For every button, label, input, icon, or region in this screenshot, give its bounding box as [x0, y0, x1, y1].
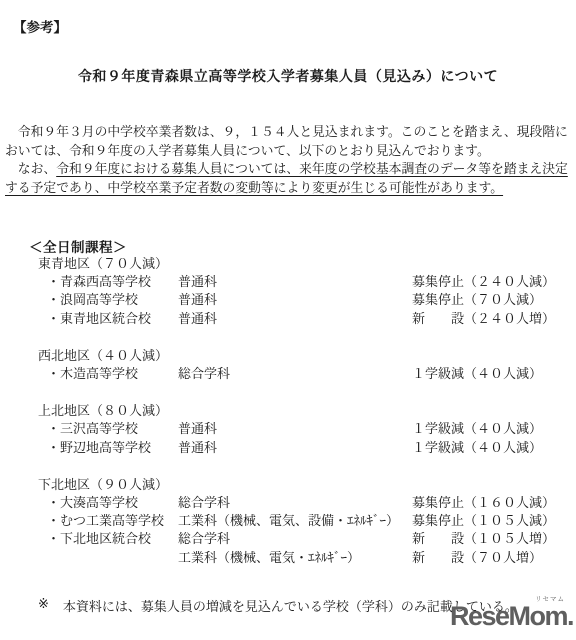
intro-paragraphs: 令和９年３月の中学校卒業者数は、９，１５４人と見込まれます。このことを踏まえ、現… [5, 123, 575, 197]
district-list: 東青地区（７０人減） ・青森西高等学校 普通科 募集停止（２４０人減） ・浪岡高… [0, 255, 576, 586]
department-name: 工業科（機械、電気・ｴﾈﾙｷﾞｰ） [178, 549, 412, 567]
intro-line-4: する予定であり、中学校卒業予定者数の変動等により変更が生じる可能性があります。 [5, 179, 575, 198]
department-name: 普通科 [178, 273, 412, 291]
district-block: 上北地区（８０人減） ・三沢高等学校 普通科 １学級減（４０人減） ・野辺地高等… [0, 402, 576, 457]
reference-tag: 【参考】 [13, 16, 67, 36]
school-name: ・野辺地高等学校 [47, 439, 178, 457]
resemom-logo: リセマムReseMom. [450, 595, 573, 630]
school-row: ・むつ工業高等学校 工業科（機械、電気、設備・ｴﾈﾙｷﾞｰ） 募集停止（１０５人… [47, 512, 576, 530]
enrollment-change: 新 設（１０５人増） [412, 530, 555, 548]
intro-line-3-prefix: なお、 [5, 162, 56, 176]
department-name: 普通科 [178, 420, 412, 438]
district-block: 東青地区（７０人減） ・青森西高等学校 普通科 募集停止（２４０人減） ・浪岡高… [0, 255, 576, 328]
district-name: 西北地区（４０人減） [38, 347, 576, 365]
resemom-logo-text: ReseMom. [450, 601, 573, 631]
school-row: ・木造高等学校 総合学科 １学級減（４０人減） [47, 365, 576, 383]
school-row: ・野辺地高等学校 普通科 １学級減（４０人減） [47, 439, 576, 457]
enrollment-change: １学級減（４０人減） [412, 420, 542, 438]
department-name: 総合学科 [178, 494, 412, 512]
footnote: ※ 本資料には、募集人員の増減を見込んでいる学校（学科）のみ記載している。 [38, 596, 518, 615]
district-block: 下北地区（９０人減） ・大湊高等学校 総合学科 募集停止（１６０人減） ・むつ工… [0, 476, 576, 567]
document-page: 【参考】 令和９年度青森県立高等学校入学者募集人員（見込み）について 令和９年３… [0, 0, 576, 640]
section-heading-fulltime: ＜全日制課程＞ [29, 236, 127, 256]
school-name: ・木造高等学校 [47, 365, 178, 383]
enrollment-change: 新 設（２４０人増） [412, 310, 555, 328]
school-row: ・大湊高等学校 総合学科 募集停止（１６０人減） [47, 494, 576, 512]
department-name: 総合学科 [178, 365, 412, 383]
district-name: 東青地区（７０人減） [38, 255, 576, 273]
school-name: ・むつ工業高等学校 [47, 512, 178, 530]
page-title: 令和９年度青森県立高等学校入学者募集人員（見込み）について [0, 66, 576, 86]
department-name: 普通科 [178, 291, 412, 309]
department-name: 普通科 [178, 310, 412, 328]
school-row: 工業科（機械、電気・ｴﾈﾙｷﾞｰ） 新 設（７０人増） [47, 549, 576, 567]
school-name: ・浪岡高等学校 [47, 291, 178, 309]
department-name: 工業科（機械、電気、設備・ｴﾈﾙｷﾞｰ） [178, 512, 412, 530]
school-row: ・東青地区統合校 普通科 新 設（２４０人増） [47, 310, 576, 328]
enrollment-change: １学級減（４０人減） [412, 365, 542, 383]
school-name: ・下北地区統合校 [47, 530, 178, 548]
enrollment-change: 新 設（７０人増） [412, 549, 542, 567]
intro-line-4-underlined: する予定であり、中学校卒業予定者数の変動等により変更が生じる可能性があります。 [5, 181, 503, 195]
district-name: 上北地区（８０人減） [38, 402, 576, 420]
school-row: ・下北地区統合校 総合学科 新 設（１０５人増） [47, 530, 576, 548]
department-name: 総合学科 [178, 530, 412, 548]
intro-line-3-underlined: 令和９年度における募集人員については、来年度の学校基本調査のデータ等を踏まえ決定 [56, 162, 568, 176]
enrollment-change: 募集停止（２４０人減） [412, 273, 555, 291]
footnote-marker: ※ [38, 596, 49, 615]
school-name: ・青森西高等学校 [47, 273, 178, 291]
school-name: ・大湊高等学校 [47, 494, 178, 512]
resemom-logo-ruby: リセマム [535, 597, 565, 604]
department-name: 普通科 [178, 439, 412, 457]
intro-line-2: おいては、令和９年度の入学者募集人員について、以下のとおり見込んでおります。 [5, 142, 575, 161]
enrollment-change: １学級減（４０人減） [412, 439, 542, 457]
school-row: ・三沢高等学校 普通科 １学級減（４０人減） [47, 420, 576, 438]
intro-line-1: 令和９年３月の中学校卒業者数は、９，１５４人と見込まれます。このことを踏まえ、現… [5, 123, 575, 142]
district-name: 下北地区（９０人減） [38, 476, 576, 494]
intro-line-3: なお、令和９年度における募集人員については、来年度の学校基本調査のデータ等を踏ま… [5, 160, 575, 179]
school-row: ・青森西高等学校 普通科 募集停止（２４０人減） [47, 273, 576, 291]
school-name [47, 549, 178, 567]
district-block: 西北地区（４０人減） ・木造高等学校 総合学科 １学級減（４０人減） [0, 347, 576, 383]
school-row: ・浪岡高等学校 普通科 募集停止（７０人減） [47, 291, 576, 309]
enrollment-change: 募集停止（１０５人減） [412, 512, 555, 530]
enrollment-change: 募集停止（７０人減） [412, 291, 542, 309]
school-name: ・東青地区統合校 [47, 310, 178, 328]
enrollment-change: 募集停止（１６０人減） [412, 494, 555, 512]
school-name: ・三沢高等学校 [47, 420, 178, 438]
